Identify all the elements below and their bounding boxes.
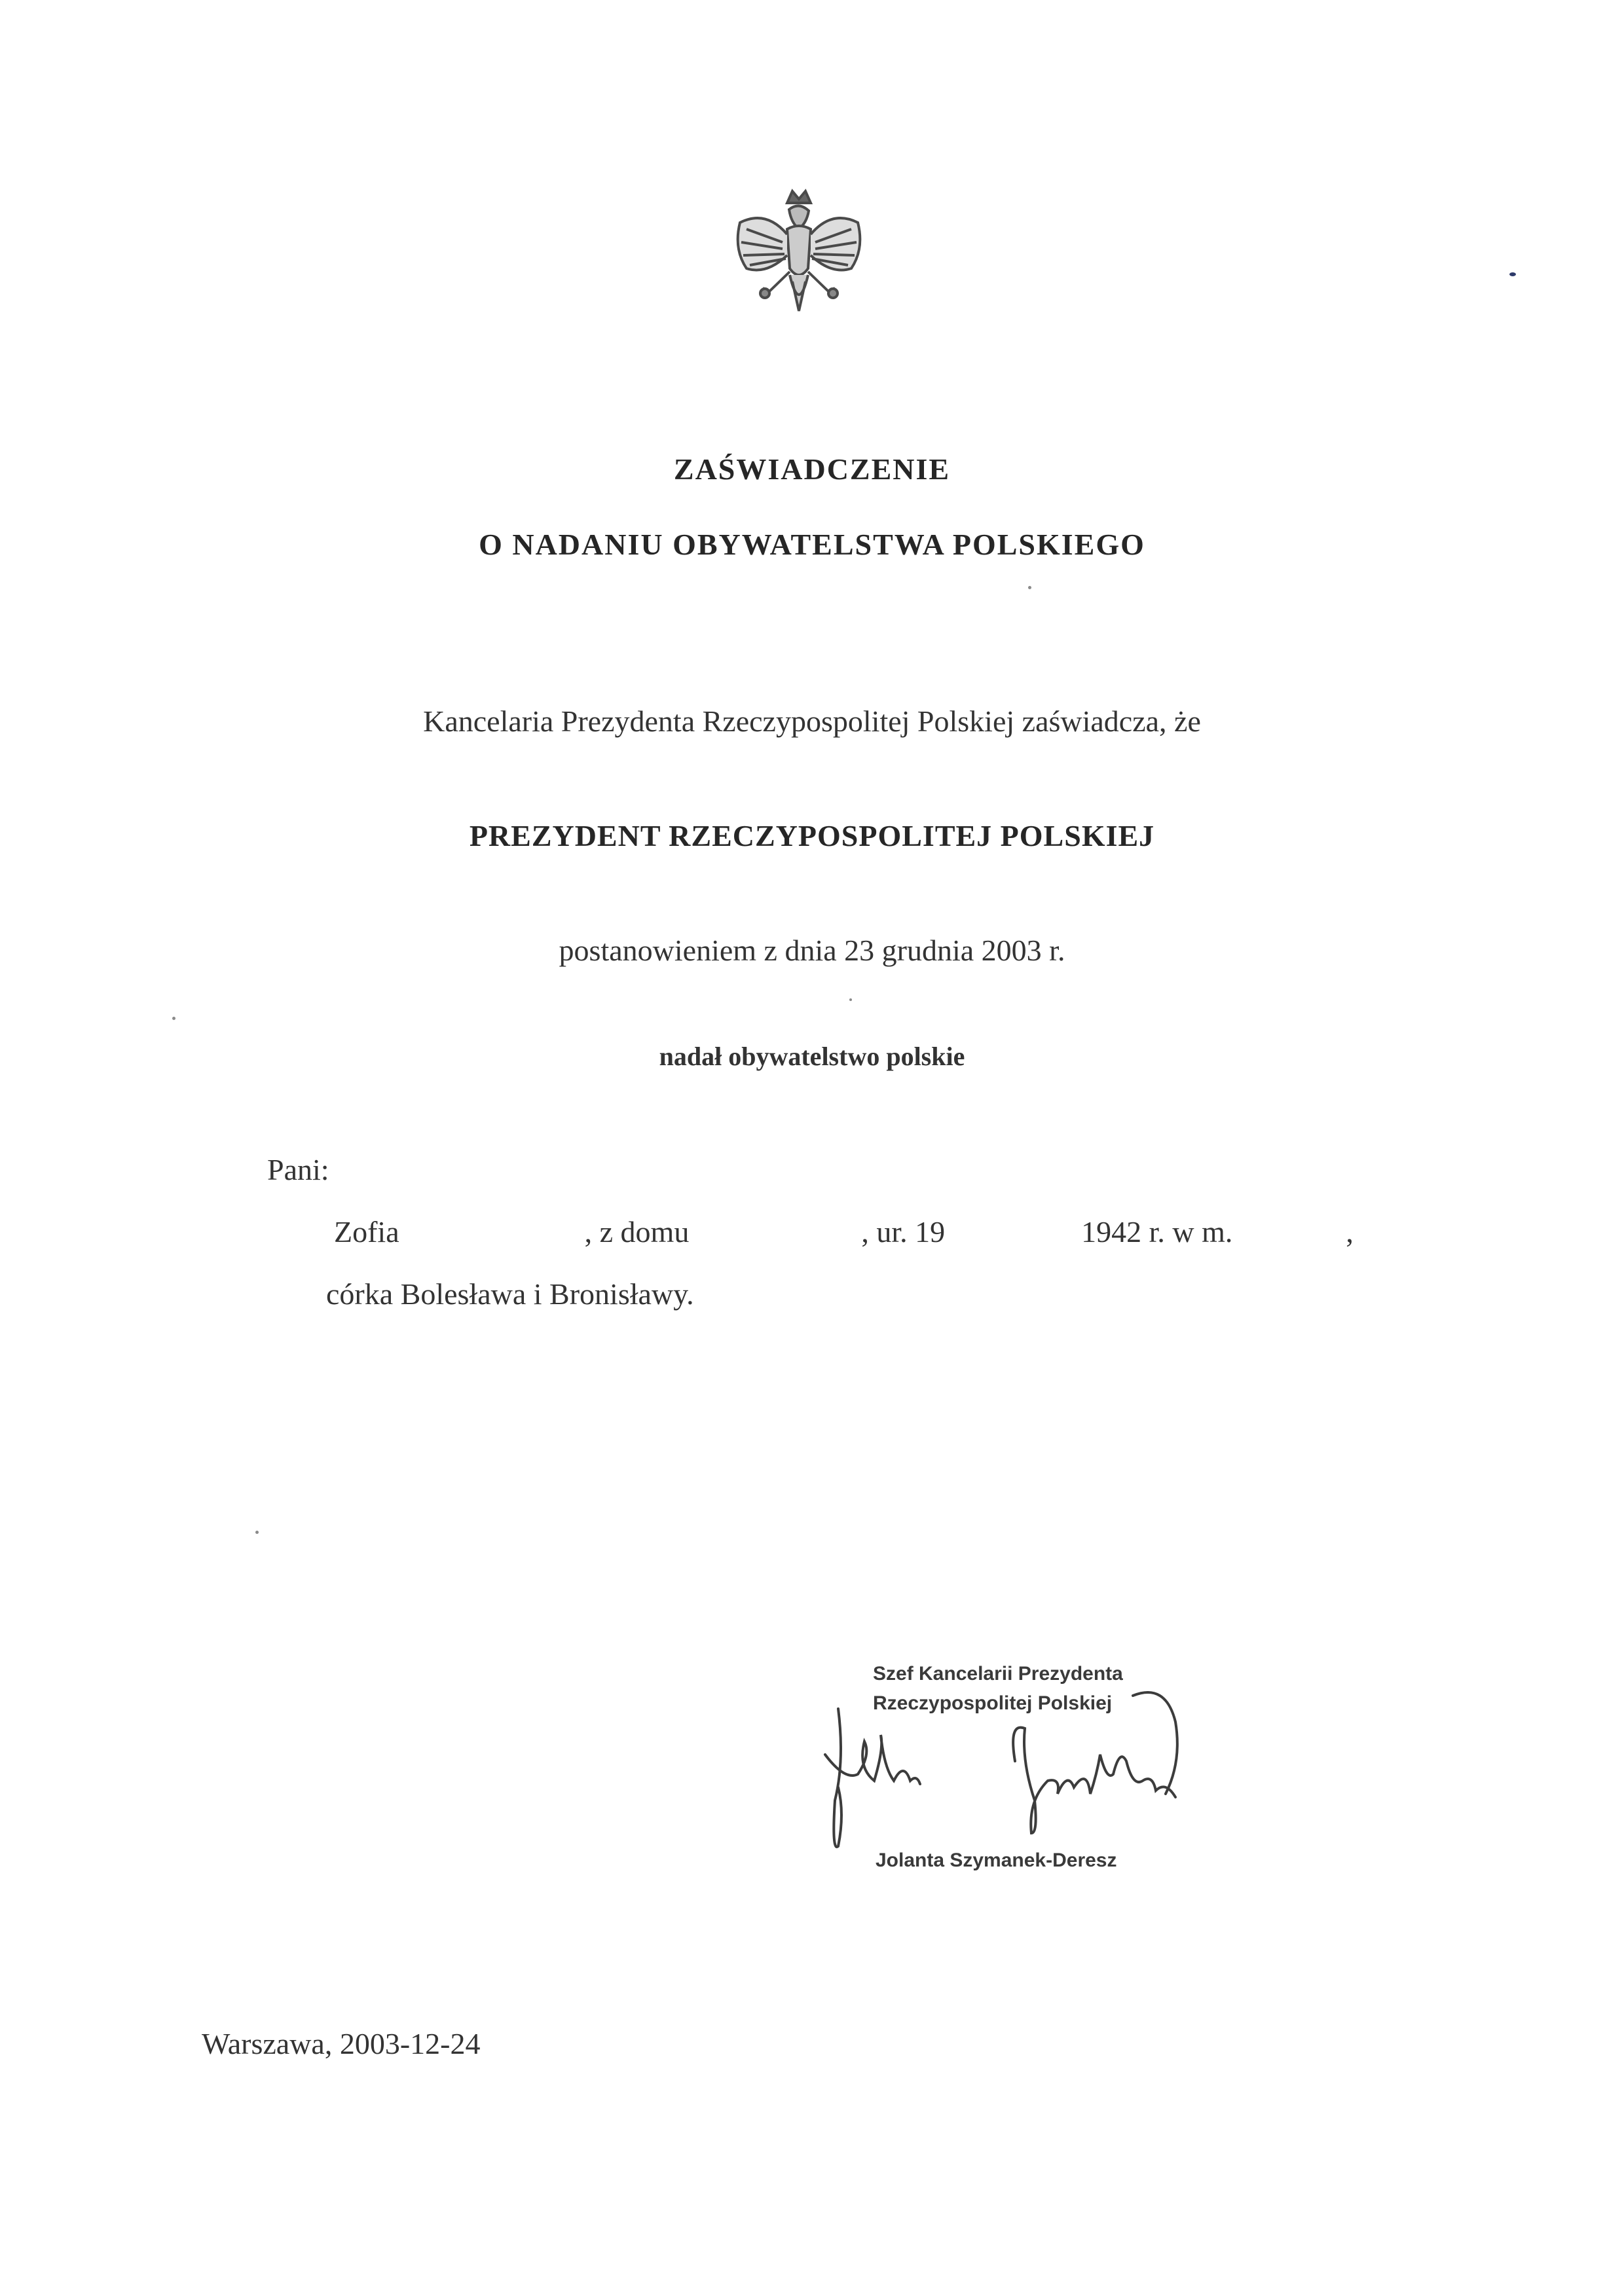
scan-speck xyxy=(1509,272,1516,276)
scan-speck xyxy=(172,1017,175,1020)
scan-speck xyxy=(849,998,852,1001)
redacted-birthplace xyxy=(1240,1222,1338,1248)
born-prefix: , ur. 19 xyxy=(861,1215,945,1248)
scan-speck xyxy=(1028,586,1031,589)
action-text: nadał obywatelstwo polskie xyxy=(0,1041,1624,1072)
redacted-birth-date xyxy=(953,1222,1074,1248)
first-name: Zofia xyxy=(334,1215,399,1248)
maiden-prefix: , z domu xyxy=(585,1215,690,1248)
document-title: ZAŚWIADCZENIE xyxy=(0,452,1624,486)
recipient-line: Zofia , z domu , ur. 19 1942 r. w m. , xyxy=(334,1214,1354,1249)
salutation: Pani: xyxy=(267,1152,329,1187)
document-subtitle: O NADANIU OBYWATELSTWA POLSKIEGO xyxy=(0,527,1624,562)
scan-speck xyxy=(255,1531,259,1534)
intro-text: Kancelaria Prezydenta Rzeczypospolitej P… xyxy=(0,704,1624,738)
signatory-title-line1: Szef Kancelarii Prezydenta xyxy=(873,1663,1123,1685)
place-and-date: Warszawa, 2003-12-24 xyxy=(202,2026,480,2061)
authority-heading: PREZYDENT RZECZYPOSPOLITEJ POLSKIEJ xyxy=(0,818,1624,853)
decision-date-text: postanowieniem z dnia 23 grudnia 2003 r. xyxy=(0,933,1624,968)
redacted-maiden-name xyxy=(697,1222,854,1248)
trailing-comma: , xyxy=(1346,1215,1354,1248)
polish-eagle-emblem-icon xyxy=(727,183,871,327)
handwritten-signature-icon xyxy=(799,1683,1244,1872)
signatory-name: Jolanta Szymanek-Deresz xyxy=(876,1850,1117,1872)
parents-text: córka Bolesława i Bronisławy. xyxy=(326,1277,694,1311)
birth-year: 1942 r. w m. xyxy=(1081,1215,1232,1248)
redacted-surname xyxy=(407,1222,577,1248)
